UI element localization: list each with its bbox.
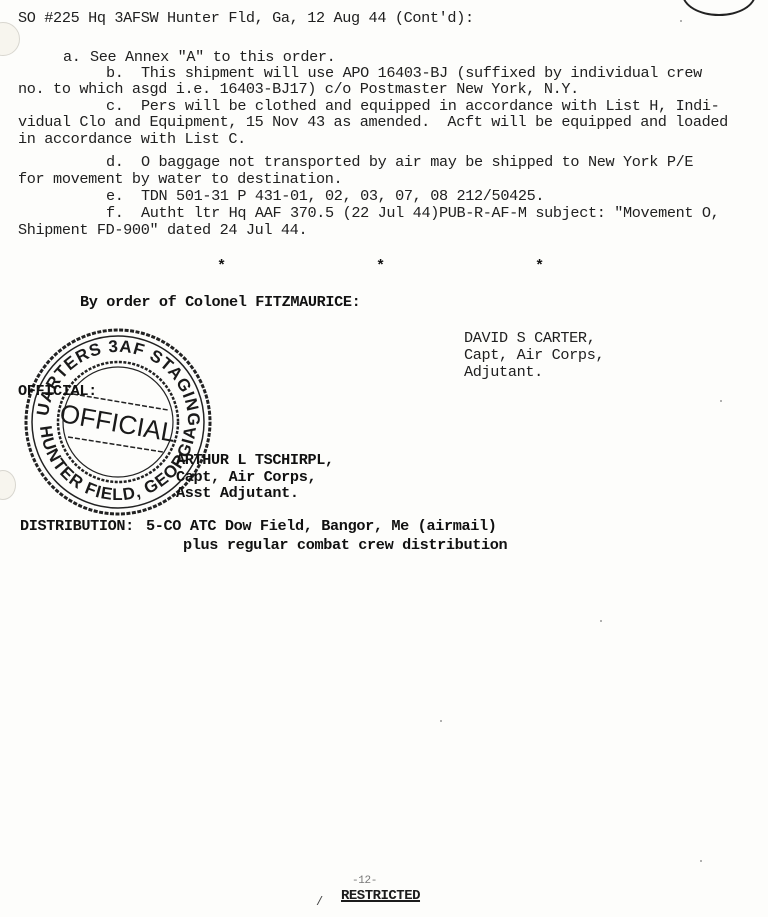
separator-asterisk-3: * (535, 258, 544, 274)
classification-footer: RESTRICTED (341, 888, 420, 904)
distribution-label: DISTRIBUTION: (20, 518, 134, 534)
stray-pen-mark: / (316, 895, 323, 909)
paper-speck (680, 20, 682, 22)
by-order-line: By order of Colonel FITZMAURICE: (80, 294, 360, 310)
punch-hole-middle (0, 470, 16, 500)
para-a-text: See Annex "A" to this order. (90, 49, 335, 65)
para-c-line-1: Pers will be clothed and equipped in acc… (141, 98, 719, 114)
para-b-line-2: no. to which asgd i.e. 16403-BJ17) c/o P… (18, 81, 579, 97)
paper-speck (700, 860, 702, 862)
para-f-line-1: Autht ltr Hq AAF 370.5 (22 Jul 44)PUB-R-… (141, 205, 719, 221)
authenticator-rank: Capt, Air Corps, (176, 469, 316, 485)
signatory-title: Adjutant. (464, 364, 543, 380)
para-e-text: TDN 501-31 P 431-01, 02, 03, 07, 08 212/… (141, 188, 544, 204)
punch-hole-top (0, 22, 20, 56)
para-f-line-2: Shipment FD-900" dated 24 Jul 44. (18, 222, 307, 238)
document-page: SO #225 Hq 3AFSW Hunter Fld, Ga, 12 Aug … (0, 0, 768, 917)
para-c-line-3: in accordance with List C. (18, 131, 246, 147)
distribution-line-1: 5-CO ATC Dow Field, Bangor, Me (airmail) (146, 518, 497, 534)
distribution-line-2: plus regular combat crew distribution (183, 537, 507, 553)
signatory-name: DAVID S CARTER, (464, 330, 595, 346)
paper-speck (600, 620, 602, 622)
paper-speck (440, 720, 442, 722)
corner-pen-mark (682, 0, 756, 16)
para-c-line-2: vidual Clo and Equipment, 15 Nov 43 as a… (18, 114, 728, 130)
para-b-line-1: This shipment will use APO 16403-BJ (suf… (141, 65, 702, 81)
page-number: -12- (352, 873, 377, 889)
para-c-label: c. (106, 98, 124, 114)
signatory-rank: Capt, Air Corps, (464, 347, 604, 363)
para-d-label: d. (106, 154, 124, 170)
stamp-center-text: OFFICIAL (58, 398, 178, 448)
authenticator-name: ARTHUR L TSCHIRPL, (176, 452, 334, 468)
paper-speck (720, 400, 722, 402)
separator-asterisk-2: * (376, 258, 385, 274)
para-f-label: f. (106, 205, 124, 221)
para-d-line-1: O baggage not transported by air may be … (141, 154, 693, 170)
para-e-label: e. (106, 188, 124, 204)
authenticator-title: Asst Adjutant. (176, 485, 299, 501)
para-d-line-2: for movement by water to destination. (18, 171, 342, 187)
order-header: SO #225 Hq 3AFSW Hunter Fld, Ga, 12 Aug … (18, 10, 474, 26)
official-label: OFFICIAL: (18, 383, 97, 399)
para-a-label: a. (63, 49, 81, 65)
separator-asterisk-1: * (217, 258, 226, 274)
para-b-label: b. (106, 65, 124, 81)
